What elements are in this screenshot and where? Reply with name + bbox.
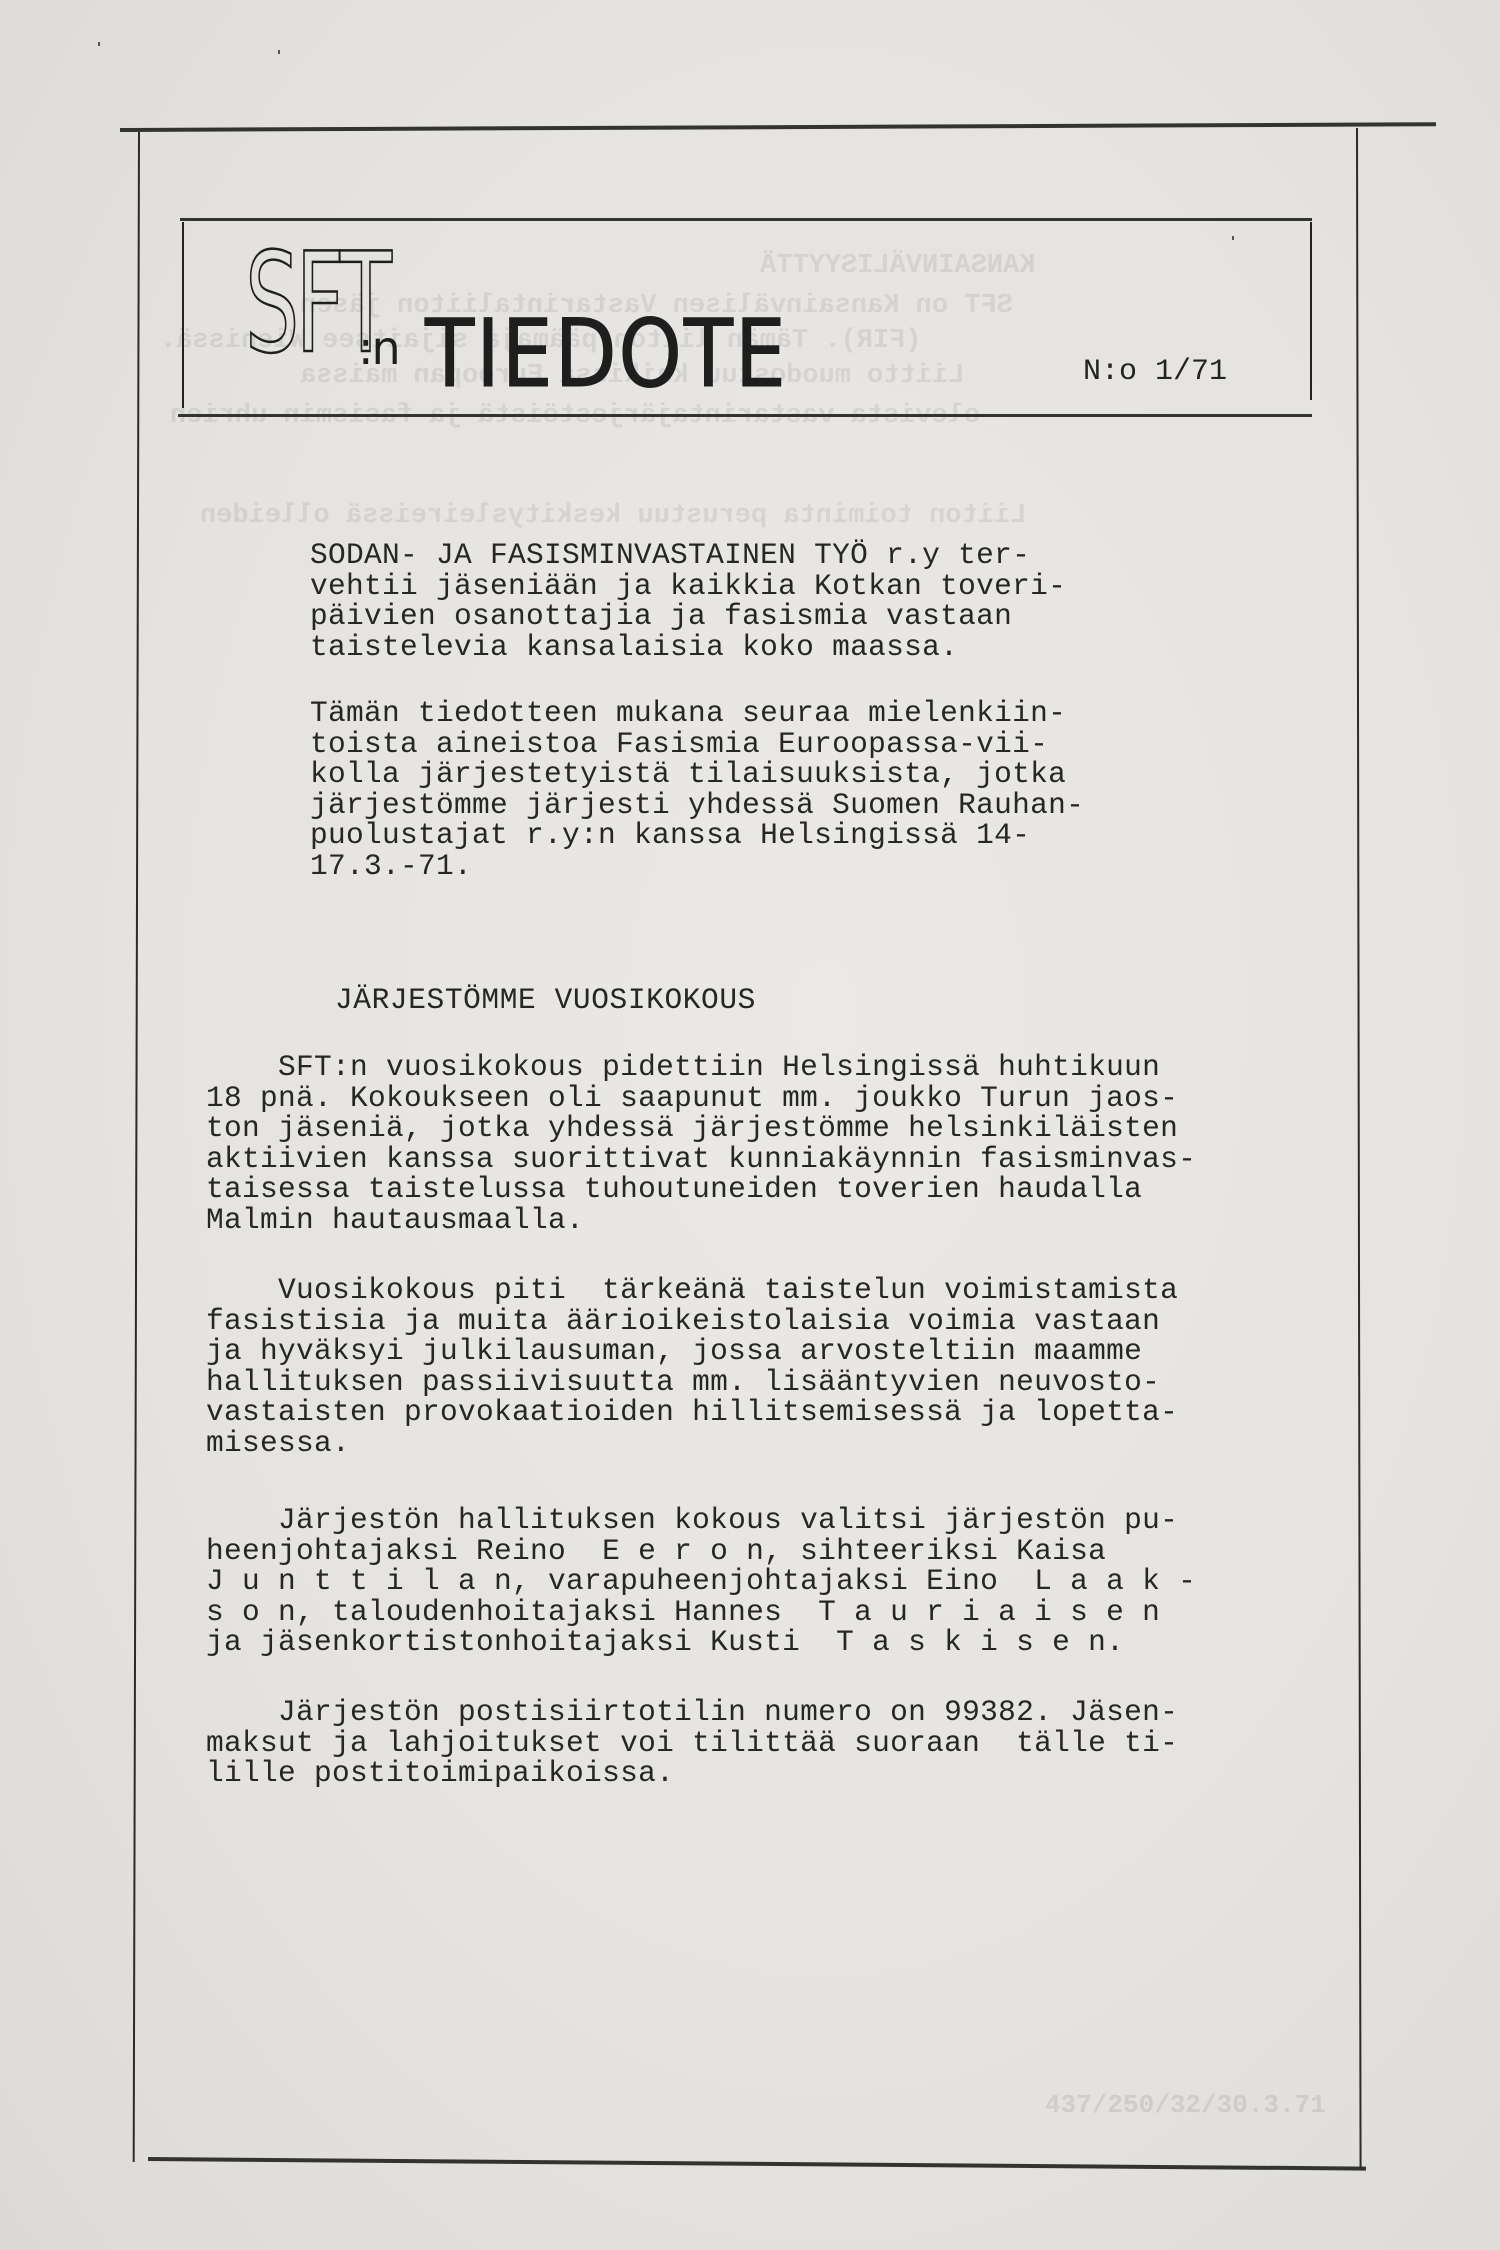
show-through-reference: 437/250/32/30.3.71 <box>1045 2090 1326 2120</box>
issue-number: N:o 1/71 <box>1083 355 1227 389</box>
logo-separator: : <box>358 321 372 375</box>
paper-speck <box>98 42 100 46</box>
section-heading: JÄRJESTÖMME VUOSIKOKOUS <box>335 985 756 1016</box>
resolution-paragraph: Vuosikokous piti tärkeänä taistelun voim… <box>206 1275 1178 1458</box>
intro-paragraph: Tämän tiedotteen mukana seuraa mielenkii… <box>310 698 1084 881</box>
annual-meeting-paragraph: SFT:n vuosikokous pidettiin Helsingissä … <box>206 1052 1196 1235</box>
show-through-line: Liiton toiminta perustuu keskitysleireis… <box>200 500 1026 532</box>
logo-suffix: n <box>372 321 399 375</box>
show-through-heading: KANSAINVÄLISYYTTÄ <box>760 250 1035 282</box>
masthead-left-rule <box>182 222 184 408</box>
masthead-bottom-rule <box>178 414 1312 417</box>
logo-genitive-suffix: :n <box>358 325 399 371</box>
postal-account-paragraph: Järjestön postisiirtotilin numero on 993… <box>206 1697 1178 1789</box>
board-election-paragraph: Järjestön hallituksen kokous valitsi jär… <box>206 1505 1196 1658</box>
masthead-title: TIEDOTE <box>425 308 788 402</box>
masthead-top-rule <box>180 218 1312 221</box>
greeting-paragraph: SODAN- JA FASISMINVASTAINEN TYÖ r.y ter-… <box>310 540 1066 662</box>
masthead-right-rule <box>1310 222 1312 400</box>
paper-speck <box>278 50 280 54</box>
paper-speck <box>1232 236 1234 240</box>
